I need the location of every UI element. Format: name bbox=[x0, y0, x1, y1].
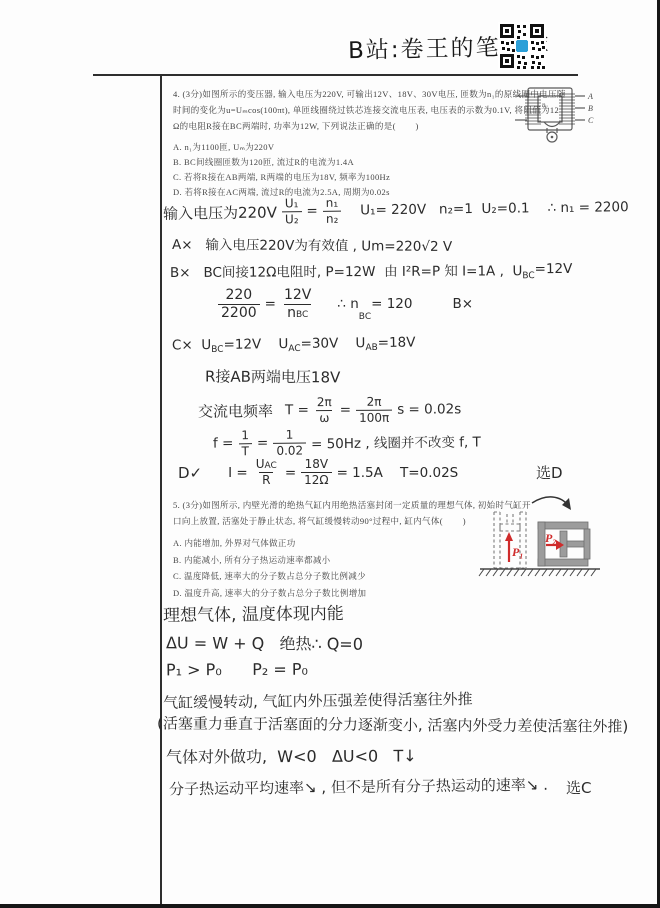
fraction: 18V12Ω bbox=[301, 458, 331, 486]
solution-line: f = 1T = 10.02 = 50Hz , 线圈并不改变 f, T bbox=[213, 426, 481, 457]
fraction: UACR bbox=[253, 458, 280, 487]
fraction: n₁n₂ bbox=[323, 197, 342, 225]
rotate-arrow-icon bbox=[562, 498, 571, 510]
solution-line: P₁ > P₀ P₂ = P₀ bbox=[166, 660, 308, 680]
solution-line: 气体对外做功, W<0 ΔU<0 T↓ bbox=[166, 743, 417, 767]
scan-edge bbox=[0, 904, 660, 908]
formula-segment: B× BC间接12Ω电阻时, P=12W 由 I²R=P 知 I=1A , U bbox=[170, 259, 522, 281]
fraction: 2π100π bbox=[356, 396, 392, 424]
pressure-p1-label: P₁ bbox=[512, 545, 524, 559]
solution-line: A× 输入电压220V为有效值 , Um=220√2 V bbox=[172, 233, 452, 255]
margin-divider bbox=[160, 74, 162, 908]
option-d: D. 温度升高, 速率大的分子数占总分子数比例增加 bbox=[173, 585, 531, 602]
fraction: 1T bbox=[238, 429, 252, 457]
solution-line: 分子热运动平均速率↘ , 但不是所有分子热运动的速率↘ . bbox=[169, 774, 548, 800]
formula-segment: = bbox=[265, 296, 276, 312]
question-4: 4. (3分)如图所示的变压器, 输入电压为220V, 可输出12V、18V、3… bbox=[173, 86, 566, 200]
fraction: 2202200 bbox=[218, 288, 260, 320]
answer-choice-d: 选D bbox=[536, 462, 563, 483]
fraction: 2πω bbox=[314, 396, 335, 424]
question-stem-line: 4. (3分)如图所示的变压器, 输入电压为220V, 可输出12V、18V、3… bbox=[173, 86, 566, 102]
question-stem-line: 时间的变化为u=Uₘcos(100πt), 单匝线圈绕过铁芯连接交流电压表, 电… bbox=[173, 102, 566, 118]
formula-segment: B× bbox=[452, 296, 473, 312]
solution-line: ΔU = W + Q 绝热∴ Q=0 bbox=[166, 630, 363, 654]
tap-a-label: A bbox=[587, 92, 593, 101]
solution-line: D✓ I = UACR = 18V12Ω = 1.5A T=0.02S bbox=[178, 458, 458, 487]
solution-line: 2202200 = 12VnBC ∴ nBC= 120 B× bbox=[213, 288, 473, 320]
option-b: B. BC间线圈匝数为120匝, 流过R的电流为1.4A bbox=[173, 155, 566, 170]
solution-line: B× BC间接12Ω电阻时, P=12W 由 I²R=P 知 I=1A , UB… bbox=[170, 259, 572, 281]
tap-c-label: C bbox=[588, 116, 594, 125]
solution-line: (活塞重力垂直于活塞面的分力逐渐变小, 活塞内外受力差使活塞往外推) bbox=[157, 712, 628, 736]
option-c: C. 若将R接在AB两端, R两端的电压为18V, 频率为100Hz bbox=[173, 170, 566, 185]
solution-line: 气缸缓慢转动, 气缸内外压强差使得活塞往外推 bbox=[163, 688, 473, 713]
solution-line: 交流电频率 T = 2πω = 2π100π s = 0.02s bbox=[198, 395, 461, 425]
solution-line: R接AB两端电压18V bbox=[205, 366, 340, 388]
scanned-exam-page: B站:卷王的笔记库 4. (3分)如图所示的变压器, 输入电压为220V, 可输… bbox=[0, 0, 660, 908]
formula-segment: ∴ n₁ = 2200 bbox=[547, 199, 628, 216]
formula-segment: = bbox=[306, 203, 318, 219]
fraction: 10.02 bbox=[273, 429, 306, 458]
fraction: U₁U₂ bbox=[282, 197, 302, 225]
option-a: A. n₁为1100匝, Uₘ为220V bbox=[173, 140, 566, 155]
transformer-diagram: n₁ A B C bbox=[514, 82, 602, 144]
header-divider bbox=[93, 74, 578, 76]
tap-b-label: B bbox=[588, 104, 593, 113]
formula-segment: ∴ n bbox=[337, 296, 358, 312]
solution-line: C× UBC=12V UAC=30V UAB=18V bbox=[172, 335, 416, 354]
pressure-p2-label: P₂ bbox=[545, 531, 557, 545]
formula-segment: 输入电压为220V bbox=[163, 201, 277, 223]
coil-label: n₁ bbox=[542, 101, 548, 109]
qr-code-icon bbox=[498, 22, 546, 70]
question-stem-line: Ω的电阻R接在BC两端时, 功率为12W, 下列说法正确的是( ) bbox=[173, 118, 566, 134]
solution-line: 输入电压为220V U₁U₂ = n₁n₂ U₁= 220V n₂=1 U₂=0… bbox=[163, 193, 629, 227]
fraction: 12VnBC bbox=[281, 288, 314, 320]
solution-line: 理想气体, 温度体现内能 bbox=[163, 599, 344, 626]
answer-choice-c: 选C bbox=[566, 777, 591, 798]
cylinder-diagram: P₁ P₂ bbox=[476, 492, 604, 584]
formula-segment: U₁= 220V n₂=1 U₂=0.1 bbox=[360, 200, 529, 218]
